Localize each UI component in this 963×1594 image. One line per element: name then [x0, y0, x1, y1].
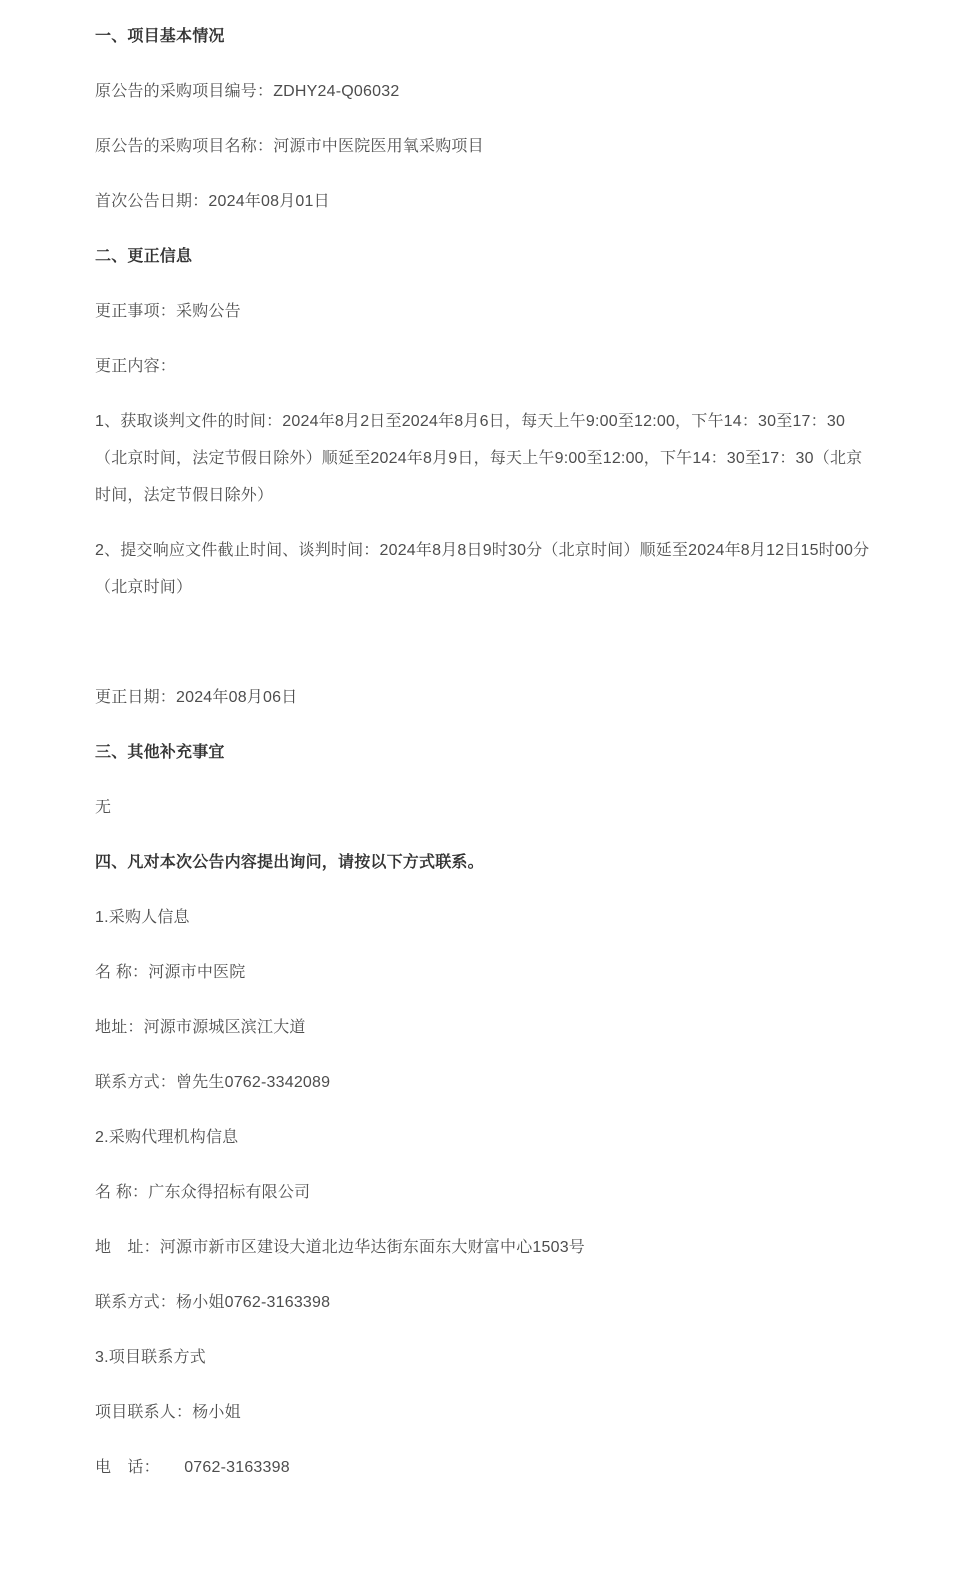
paragraph: 名 称：广东众得招标有限公司 [95, 1174, 895, 1211]
paragraph: 原公告的采购项目编号：ZDHY24-Q06032 [95, 73, 895, 110]
paragraph: 联系方式：曾先生0762-3342089 [95, 1064, 895, 1101]
paragraph: 1、获取谈判文件的时间：2024年8月2日至2024年8月6日，每天上午9:00… [95, 403, 895, 514]
paragraph: 项目联系人：杨小姐 [95, 1394, 895, 1431]
paragraph: 更正内容： [95, 348, 895, 385]
paragraph: 名 称：河源市中医院 [95, 954, 895, 991]
paragraph: 更正日期：2024年08月06日 [95, 679, 895, 716]
paragraph: 首次公告日期：2024年08月01日 [95, 183, 895, 220]
section-heading: 三、其他补充事宜 [95, 734, 895, 771]
empty-line [95, 624, 895, 661]
paragraph: 电 话： 0762-3163398 [95, 1449, 895, 1486]
paragraph: 联系方式：杨小姐0762-3163398 [95, 1284, 895, 1321]
section-heading: 四、凡对本次公告内容提出询问，请按以下方式联系。 [95, 844, 895, 881]
announcement-document: 一、项目基本情况原公告的采购项目编号：ZDHY24-Q06032原公告的采购项目… [0, 0, 963, 1594]
paragraph: 地 址：河源市新市区建设大道北边华达街东面东大财富中心1503号 [95, 1229, 895, 1266]
paragraph: 地址：河源市源城区滨江大道 [95, 1009, 895, 1046]
paragraph: 1.采购人信息 [95, 899, 895, 936]
document-body: 一、项目基本情况原公告的采购项目编号：ZDHY24-Q06032原公告的采购项目… [95, 18, 923, 1486]
paragraph: 更正事项：采购公告 [95, 293, 895, 330]
paragraph: 2.采购代理机构信息 [95, 1119, 895, 1156]
section-heading: 一、项目基本情况 [95, 18, 895, 55]
paragraph: 原公告的采购项目名称：河源市中医院医用氧采购项目 [95, 128, 895, 165]
paragraph: 2、提交响应文件截止时间、谈判时间：2024年8月8日9时30分（北京时间）顺延… [95, 532, 895, 606]
paragraph: 3.项目联系方式 [95, 1339, 895, 1376]
paragraph: 无 [95, 789, 895, 826]
section-heading: 二、更正信息 [95, 238, 895, 275]
